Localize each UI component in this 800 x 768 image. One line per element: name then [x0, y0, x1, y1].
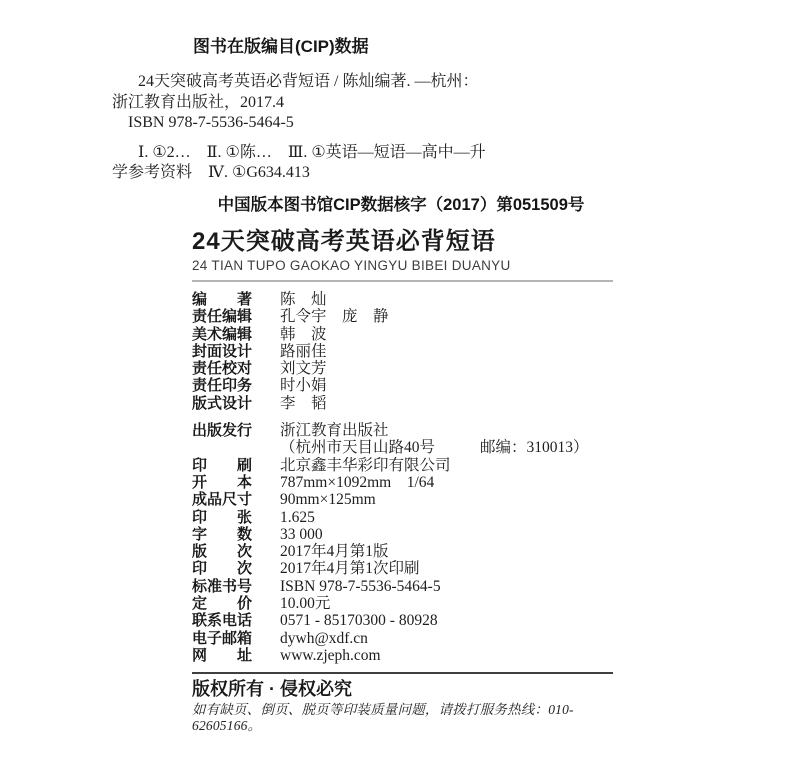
- credit-value: 时小娟: [280, 377, 327, 394]
- credit-row: 编 著 陈 灿: [192, 291, 613, 308]
- title-divider: [192, 280, 613, 282]
- pub-label: 出版发行: [192, 422, 280, 439]
- pub-value: 2017年4月第1版: [280, 543, 389, 560]
- credit-row: 责任印务 时小娟: [192, 377, 613, 394]
- cip-classification-paragraph: Ⅰ. ①2… Ⅱ. ①陈… Ⅲ. ①英语—短语—高中—升 学参考资料 Ⅳ. ①G…: [112, 143, 690, 184]
- pub-row: 字 数 33 000: [192, 526, 613, 543]
- pub-value: dywh@xdf.cn: [280, 630, 368, 647]
- pub-value: 33 000: [280, 526, 323, 543]
- pub-value: 10.00元: [280, 595, 330, 612]
- pub-row: 开 本 787mm×1092mm 1/64: [192, 474, 613, 491]
- publisher-row: 出版发行 浙江教育出版社: [192, 422, 613, 439]
- pub-label: 字 数: [192, 526, 280, 543]
- cip-section: 图书在版编目(CIP)数据 24天突破高考英语必背短语 / 陈灿编著. —杭州：…: [112, 36, 690, 215]
- credit-label: 编 著: [192, 291, 280, 308]
- footer-divider: [192, 672, 613, 674]
- pub-row: 印 张 1.625: [192, 509, 613, 526]
- book-title: 24天突破高考英语必背短语: [192, 228, 613, 256]
- credit-label: 责任编辑: [192, 308, 280, 325]
- pub-label: 印 刷: [192, 457, 280, 474]
- publication-list: 出版发行 浙江教育出版社 （杭州市天目山路40号邮编：310013） 印 刷 北…: [192, 422, 613, 664]
- pub-label: 网 址: [192, 647, 280, 664]
- credit-label: 版式设计: [192, 395, 280, 412]
- pub-row: 定 价 10.00元: [192, 595, 613, 612]
- publisher-name: 浙江教育出版社: [280, 422, 389, 439]
- pub-value: 1.625: [280, 509, 315, 526]
- cip-line: Ⅰ. ①2… Ⅱ. ①陈… Ⅲ. ①英语—短语—高中—升: [112, 143, 690, 164]
- pub-label: 联系电话: [192, 612, 280, 629]
- pub-value: ISBN 978-7-5536-5464-5: [280, 578, 441, 595]
- pub-label: 成品尺寸: [192, 491, 280, 508]
- pub-label: 开 本: [192, 474, 280, 491]
- pub-label: 电子邮箱: [192, 630, 280, 647]
- publisher-address: （杭州市天目山路40号: [280, 439, 480, 456]
- cip-line: 浙江教育出版社，2017.4: [112, 93, 690, 114]
- pub-value: 90mm×125mm: [280, 491, 376, 508]
- credit-value: 陈 灿: [280, 291, 327, 308]
- pub-value: 2017年4月第1次印刷: [280, 560, 420, 577]
- credit-value: 李 韬: [280, 395, 327, 412]
- credit-value: 刘文芳: [280, 360, 327, 377]
- pub-value: 787mm×1092mm 1/64: [280, 474, 434, 491]
- credit-row: 美术编辑 韩 波: [192, 326, 613, 343]
- credit-row: 责任编辑 孔令宇 庞 静: [192, 308, 613, 325]
- pub-label: 标准书号: [192, 578, 280, 595]
- cip-record-paragraph: 24天突破高考英语必背短语 / 陈灿编著. —杭州： 浙江教育出版社，2017.…: [112, 72, 690, 134]
- cip-record-number: 中国版本图书馆CIP数据核字（2017）第051509号: [112, 195, 690, 216]
- credit-label: 美术编辑: [192, 326, 280, 343]
- pub-label: 版 次: [192, 543, 280, 560]
- publisher-postcode: 邮编：310013）: [480, 439, 589, 456]
- publisher-address-line: （杭州市天目山路40号邮编：310013）: [280, 439, 589, 456]
- credit-value: 孔令宇 庞 静: [280, 308, 389, 325]
- pub-label: 印 次: [192, 560, 280, 577]
- colophon-section: 24天突破高考英语必背短语 24 TIAN TUPO GAOKAO YINGYU…: [192, 228, 613, 734]
- book-title-pinyin: 24 TIAN TUPO GAOKAO YINGYU BIBEI DUANYU: [192, 258, 613, 274]
- credit-row: 封面设计 路丽佳: [192, 343, 613, 360]
- cip-heading: 图书在版编目(CIP)数据: [193, 36, 690, 58]
- pub-row: 印 次 2017年4月第1次印刷: [192, 560, 613, 577]
- pub-row: 标准书号 ISBN 978-7-5536-5464-5: [192, 578, 613, 595]
- pub-label: 印 张: [192, 509, 280, 526]
- pub-row: 成品尺寸 90mm×125mm: [192, 491, 613, 508]
- pub-value: 北京鑫丰华彩印有限公司: [280, 457, 451, 474]
- pub-value: 0571 - 85170300 - 80928: [280, 612, 438, 629]
- pub-row: 联系电话 0571 - 85170300 - 80928: [192, 612, 613, 629]
- pub-label: 定 价: [192, 595, 280, 612]
- pub-row: 网 址 www.zjeph.com: [192, 647, 613, 664]
- publisher-address-row: （杭州市天目山路40号邮编：310013）: [192, 439, 613, 456]
- pub-row: 版 次 2017年4月第1版: [192, 543, 613, 560]
- credit-label: 责任印务: [192, 377, 280, 394]
- cip-line: 24天突破高考英语必背短语 / 陈灿编著. —杭州：: [112, 72, 690, 93]
- credit-row: 责任校对 刘文芳: [192, 360, 613, 377]
- copyright-statement: 版权所有 · 侵权必究: [192, 679, 613, 700]
- credit-row: 版式设计 李 韬: [192, 395, 613, 412]
- pub-row: 印 刷 北京鑫丰华彩印有限公司: [192, 457, 613, 474]
- book-copyright-page: 图书在版编目(CIP)数据 24天突破高考英语必背短语 / 陈灿编著. —杭州：…: [0, 0, 800, 768]
- credit-label: 责任校对: [192, 360, 280, 377]
- cip-isbn-line: ISBN 978-7-5536-5464-5: [112, 113, 690, 134]
- cip-line: 学参考资料 Ⅳ. ①G634.413: [112, 163, 690, 184]
- credits-list: 编 著 陈 灿 责任编辑 孔令宇 庞 静 美术编辑 韩 波 封面设计 路丽佳 责…: [192, 291, 613, 412]
- credit-value: 路丽佳: [280, 343, 327, 360]
- pub-value: www.zjeph.com: [280, 647, 381, 664]
- quality-notice: 如有缺页、倒页、脱页等印装质量问题，请拨打服务热线：010-62605166。: [192, 702, 613, 734]
- credit-label: 封面设计: [192, 343, 280, 360]
- credit-value: 韩 波: [280, 326, 327, 343]
- pub-row: 电子邮箱 dywh@xdf.cn: [192, 630, 613, 647]
